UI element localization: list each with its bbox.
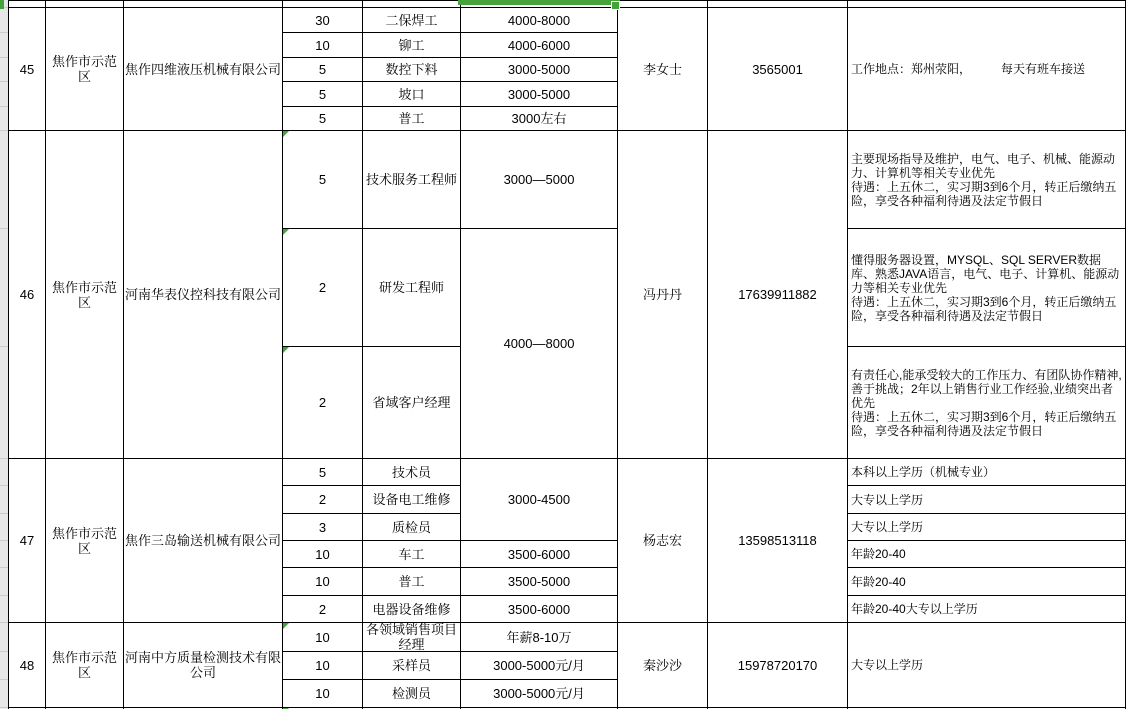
cell-r45-pos1-count[interactable]: 10: [282, 32, 362, 57]
row-header-divider: [0, 228, 8, 229]
cell-r46-pos1-title[interactable]: 研发工程师: [362, 228, 460, 346]
cell-r46-pos0-note[interactable]: 主要现场指导及维护，电气、电子、机械、能源动力、计算机等相关专业优先 待遇：上五…: [847, 130, 1126, 228]
cell-r46-pos2-count[interactable]: 2: [282, 346, 362, 458]
row-header-divider: [0, 513, 8, 514]
cell-r47-pos4-title[interactable]: 普工: [362, 567, 460, 595]
cell-r45-pos1-salary[interactable]: 4000-6000: [460, 32, 617, 57]
cell-top-partial-company[interactable]: [123, 0, 282, 7]
cell-r46-pos2-title[interactable]: 省域客户经理: [362, 346, 460, 458]
cell-r48-pos0-title[interactable]: 各领域销售项目经理: [362, 622, 460, 651]
cell-r47-district[interactable]: 焦作市示范区: [45, 458, 123, 622]
cell-r48-pos1-title[interactable]: 采样员: [362, 651, 460, 679]
cell-r46-pos1-salary[interactable]: 4000—8000: [460, 228, 617, 458]
cell-r45-pos4-title[interactable]: 普工: [362, 106, 460, 130]
cell-r48-phone[interactable]: 15978720170: [707, 622, 847, 707]
cell-r47-pos5-count[interactable]: 2: [282, 595, 362, 622]
cell-r48-pos2-salary[interactable]: 3000-5000元/月: [460, 679, 617, 707]
cell-r45-district[interactable]: 焦作市示范区: [45, 7, 123, 130]
cell-r48-company[interactable]: 河南中方质量检测技术有限公司: [123, 622, 282, 707]
row-header-divider: [0, 540, 8, 541]
cell-flag-triangle: [283, 347, 289, 353]
selection-corner-mark: [0, 0, 4, 9]
cell-top-partial-count[interactable]: [282, 0, 362, 7]
cell-r47-pos0-count[interactable]: 5: [282, 458, 362, 485]
cell-r46-pos2-note[interactable]: 有责任心,能承受较大的工作压力、有团队协作精神,善于挑战；2年以上销售行业工作经…: [847, 346, 1126, 458]
cell-r47-pos5-title[interactable]: 电器设备维修: [362, 595, 460, 622]
cell-r48-pos1-count[interactable]: 10: [282, 651, 362, 679]
cell-r45-pos2-salary[interactable]: 3000-5000: [460, 57, 617, 81]
row-header-divider: [0, 485, 8, 486]
row-header-divider: [0, 595, 8, 596]
row-header-divider: [0, 707, 8, 708]
cell-r47-pos3-note[interactable]: 年龄20-40: [847, 540, 1126, 567]
cell-r45-pos0-count[interactable]: 30: [282, 7, 362, 32]
cell-r45-pos2-count[interactable]: 5: [282, 57, 362, 81]
cell-r45-pos1-title[interactable]: 铆工: [362, 32, 460, 57]
cell-r45-pos4-salary[interactable]: 3000左右: [460, 106, 617, 130]
cell-r48-contact[interactable]: 秦沙沙: [617, 622, 707, 707]
cell-r46-pos0-title[interactable]: 技术服务工程师: [362, 130, 460, 228]
row-header-divider: [0, 81, 8, 82]
cell-r47-pos3-salary[interactable]: 3500-6000: [460, 540, 617, 567]
cell-r46-no[interactable]: 46: [8, 130, 45, 458]
cell-r48-district[interactable]: 焦作市示范区: [45, 622, 123, 707]
cell-r45-pos3-salary[interactable]: 3000-5000: [460, 81, 617, 106]
cell-r48-pos2-title[interactable]: 检测员: [362, 679, 460, 707]
cell-r45-phone[interactable]: 3565001: [707, 7, 847, 130]
row-header-divider: [0, 458, 8, 459]
cell-r48-pos1-salary[interactable]: 3000-5000元/月: [460, 651, 617, 679]
selection-fill-handle[interactable]: [611, 1, 620, 10]
cell-top-partial-position[interactable]: [362, 0, 460, 7]
cell-r48-note[interactable]: 大专以上学历: [847, 622, 1126, 707]
cell-r47-pos4-salary[interactable]: 3500-5000: [460, 567, 617, 595]
cell-r47-phone[interactable]: 13598513118: [707, 458, 847, 622]
cell-r47-no[interactable]: 47: [8, 458, 45, 622]
row-header-divider: [0, 32, 8, 33]
cell-r47-pos5-salary[interactable]: 3500-6000: [460, 595, 617, 622]
row-header-divider: [0, 106, 8, 107]
cell-r45-company[interactable]: 焦作四维液压机械有限公司: [123, 7, 282, 130]
cell-flag-triangle: [283, 131, 289, 137]
cell-r47-pos1-title[interactable]: 设备电工维修: [362, 485, 460, 513]
cell-top-partial-no[interactable]: [8, 0, 45, 7]
cell-r46-contact[interactable]: 冯丹丹: [617, 130, 707, 458]
cell-flag-triangle: [283, 229, 289, 235]
cell-top-partial-contact[interactable]: [617, 0, 707, 7]
cell-r45-pos3-count[interactable]: 5: [282, 81, 362, 106]
cell-r45-note[interactable]: 工作地点：郑州荥阳， 每天有班车接送: [847, 7, 1126, 130]
cell-r48-pos0-salary[interactable]: 年薪8-10万: [460, 622, 617, 651]
cell-r47-pos5-note[interactable]: 年龄20-40大专以上学历: [847, 595, 1126, 622]
cell-r48-pos0-count[interactable]: 10: [282, 622, 362, 651]
cell-r46-pos0-salary[interactable]: 3000—5000: [460, 130, 617, 228]
cell-r46-pos0-count[interactable]: 5: [282, 130, 362, 228]
row-header-divider: [0, 346, 8, 347]
cell-r47-pos0-title[interactable]: 技术员: [362, 458, 460, 485]
cell-top-partial-phone[interactable]: [707, 0, 847, 7]
cell-r47-pos0-note[interactable]: 本科以上学历（机械专业）: [847, 458, 1126, 485]
spreadsheet-view: 45焦作市示范区焦作四维液压机械有限公司30二保焊工10铆工5数控下料5坡口5普…: [0, 0, 1130, 709]
cell-r45-pos3-title[interactable]: 坡口: [362, 81, 460, 106]
cell-r47-pos3-title[interactable]: 车工: [362, 540, 460, 567]
row-header-divider: [0, 622, 8, 623]
cell-r47-contact[interactable]: 杨志宏: [617, 458, 707, 622]
cell-r46-phone[interactable]: 17639911882: [707, 130, 847, 458]
row-header-divider: [0, 567, 8, 568]
cell-r47-pos1-count[interactable]: 2: [282, 485, 362, 513]
cell-r47-pos2-note[interactable]: 大专以上学历: [847, 513, 1126, 540]
cell-r47-pos2-count[interactable]: 3: [282, 513, 362, 540]
cell-r45-pos0-salary[interactable]: 4000-8000: [460, 7, 617, 32]
cell-r47-pos1-note[interactable]: 大专以上学历: [847, 485, 1126, 513]
cell-r46-pos1-count[interactable]: 2: [282, 228, 362, 346]
cell-top-partial-note[interactable]: [847, 0, 1126, 7]
cell-r48-pos2-count[interactable]: 10: [282, 679, 362, 707]
cell-r47-pos4-note[interactable]: 年龄20-40: [847, 567, 1126, 595]
cell-r47-pos0-salary[interactable]: 3000-4500: [460, 458, 617, 540]
cell-r45-pos4-count[interactable]: 5: [282, 106, 362, 130]
cell-r45-no[interactable]: 45: [8, 7, 45, 130]
cell-r45-pos2-title[interactable]: 数控下料: [362, 57, 460, 81]
cell-r46-company[interactable]: 河南华表仪控科技有限公司: [123, 130, 282, 458]
cell-r46-pos1-note[interactable]: 懂得服务器设置，MYSQL、SQL SERVER数据库、熟悉JAVA语言，电气、…: [847, 228, 1126, 346]
cell-r46-district[interactable]: 焦作市示范区: [45, 130, 123, 458]
cell-r47-pos2-title[interactable]: 质检员: [362, 513, 460, 540]
cell-r47-pos3-count[interactable]: 10: [282, 540, 362, 567]
row-header-divider: [0, 57, 8, 58]
cell-r48-no[interactable]: 48: [8, 622, 45, 707]
cell-r45-pos0-title[interactable]: 二保焊工: [362, 7, 460, 32]
row-header-divider: [0, 130, 8, 131]
cell-r47-pos4-count[interactable]: 10: [282, 567, 362, 595]
cell-r45-contact[interactable]: 李女士: [617, 7, 707, 130]
cell-top-partial-district[interactable]: [45, 0, 123, 7]
cell-r47-company[interactable]: 焦作三岛输送机械有限公司: [123, 458, 282, 622]
cell-flag-triangle: [283, 623, 289, 629]
row-header-divider: [0, 651, 8, 652]
selection-border: [458, 0, 620, 5]
row-header-divider: [0, 679, 8, 680]
